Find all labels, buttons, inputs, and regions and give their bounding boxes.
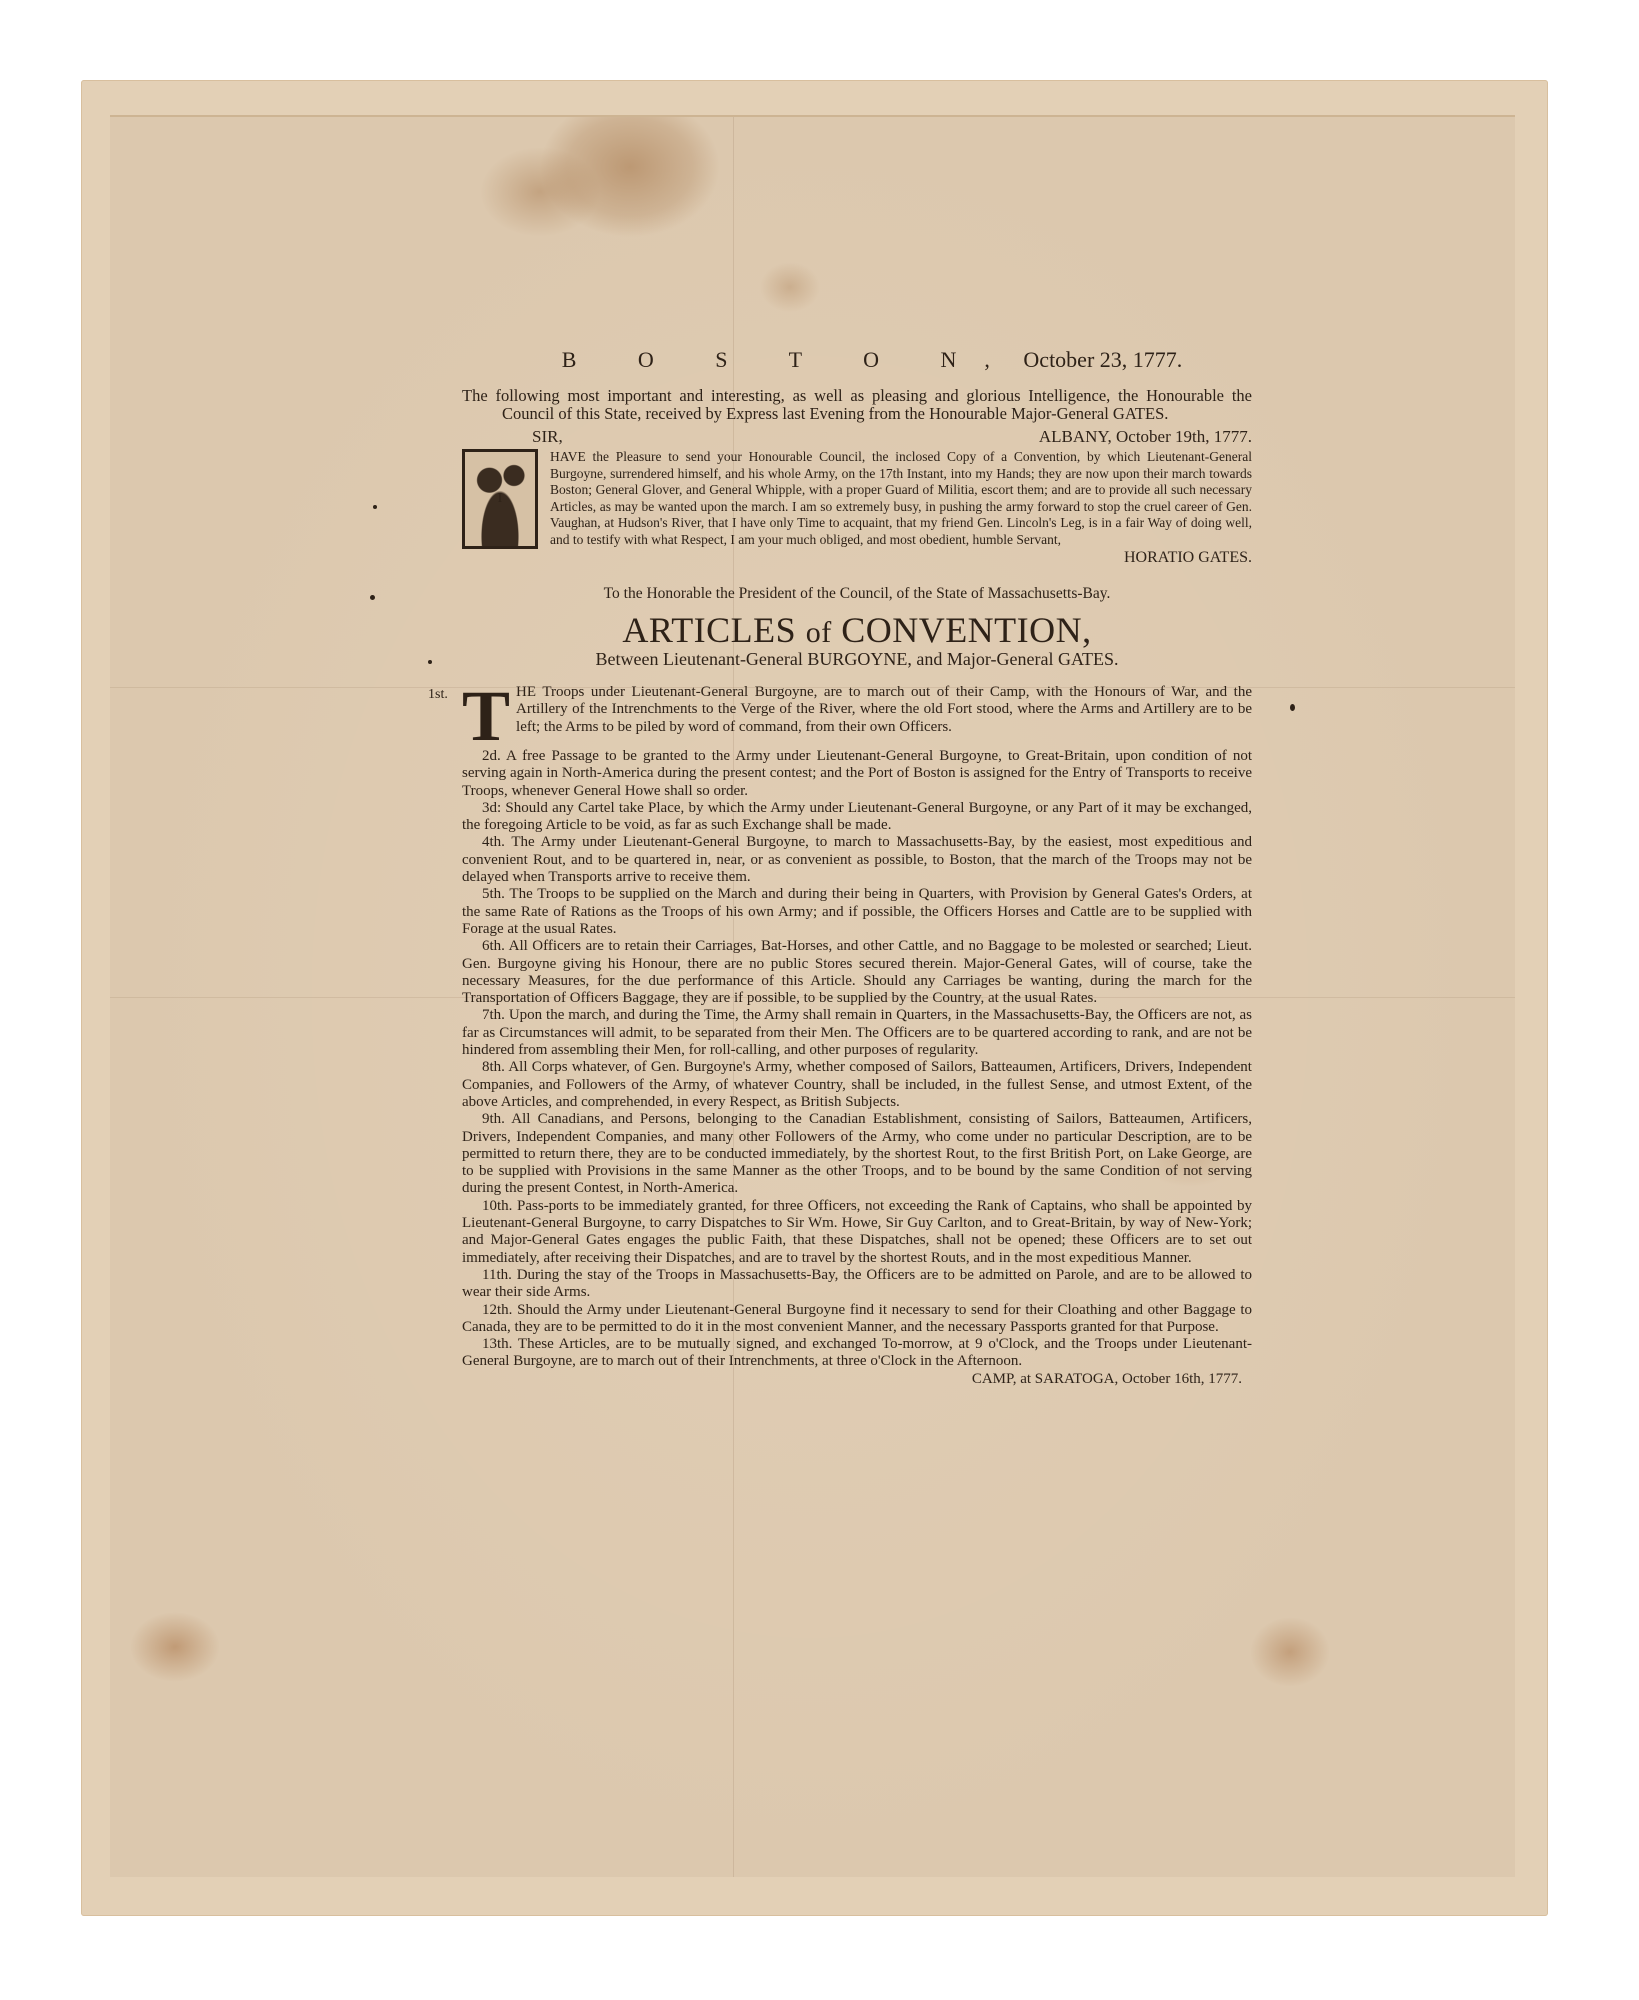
- article-text: Should the Army under Lieutenant-General…: [462, 1302, 1252, 1335]
- article-number: 4th.: [482, 834, 505, 850]
- article-11: 11th. During the stay of the Troops in M…: [462, 1267, 1252, 1302]
- letter-body: I HAVE the Pleasure to send your Honoura…: [462, 449, 1252, 549]
- letter-text: HAVE the Pleasure to send your Honourabl…: [550, 449, 1252, 549]
- article-8: 8th. All Corps whatever, of Gen. Burgoyn…: [462, 1059, 1252, 1111]
- article-4: 4th. The Army under Lieutenant-General B…: [462, 834, 1252, 886]
- ink-spot: [428, 660, 432, 664]
- article-number: 9th.: [482, 1111, 505, 1127]
- article-1: 1st. T HE Troops under Lieutenant-Genera…: [462, 684, 1252, 748]
- title-word-convention: CONVENTION,: [841, 610, 1091, 650]
- article-text: Pass-ports to be immediately granted, fo…: [462, 1198, 1252, 1266]
- article-text: All Canadians, and Persons, belonging to…: [462, 1111, 1252, 1196]
- article-text: Upon the march, and during the Time, the…: [462, 1007, 1252, 1058]
- article-number: 6th.: [482, 938, 505, 954]
- article-number: 5th.: [482, 886, 505, 902]
- ink-spot: [373, 505, 377, 509]
- address-line: To the Honorable the President of the Co…: [462, 585, 1252, 603]
- article-number: 1st.: [428, 684, 454, 748]
- article-6: 6th. All Officers are to retain their Ca…: [462, 938, 1252, 1007]
- letter-signature: HORATIO GATES.: [462, 549, 1252, 567]
- woodcut-initial-icon: I: [462, 449, 538, 549]
- article-text: The Troops to be supplied on the March a…: [462, 886, 1252, 937]
- document-subtitle: Between Lieutenant-General BURGOYNE, and…: [462, 649, 1252, 670]
- article-text: The Army under Lieutenant-General Burgoy…: [462, 834, 1252, 885]
- article-text: During the stay of the Troops in Massach…: [462, 1267, 1252, 1300]
- article-number: 3d:: [482, 800, 501, 816]
- article-number: 12th.: [482, 1302, 512, 1318]
- article-text: HE Troops under Lieutenant-General Burgo…: [516, 684, 1252, 748]
- article-number: 8th.: [482, 1059, 505, 1075]
- article-text: Should any Cartel take Place, by which t…: [462, 800, 1252, 833]
- ink-spot: [1290, 704, 1295, 711]
- article-5: 5th. The Troops to be supplied on the Ma…: [462, 886, 1252, 938]
- letter-place-date: ALBANY, October 19th, 1777.: [1039, 427, 1252, 447]
- article-number: 13th.: [482, 1336, 512, 1352]
- title-word-of: of: [806, 616, 832, 649]
- letter-salutation: SIR,: [532, 427, 563, 447]
- article-12: 12th. Should the Army under Lieutenant-G…: [462, 1302, 1252, 1337]
- dateline: B O S T O N, October 23, 1777.: [492, 347, 1252, 373]
- closing-place-date: CAMP, at SARATOGA, October 16th, 1777.: [972, 1371, 1242, 1388]
- article-number: 10th.: [482, 1198, 512, 1214]
- document-title: ARTICLES of CONVENTION,: [462, 609, 1252, 651]
- dateline-date: October 23, 1777.: [1023, 347, 1182, 372]
- letter-header: SIR, ALBANY, October 19th, 1777.: [462, 427, 1252, 447]
- drop-cap: T: [462, 684, 510, 748]
- article-7: 7th. Upon the march, and during the Time…: [462, 1007, 1252, 1059]
- article-9: 9th. All Canadians, and Persons, belongi…: [462, 1111, 1252, 1197]
- dateline-city: B O S T O N,: [562, 347, 1018, 372]
- ink-spot: [370, 595, 375, 600]
- article-2: 2d. A free Passage to be granted to the …: [462, 748, 1252, 800]
- article-text: All Officers are to retain their Carriag…: [462, 938, 1252, 1006]
- article-number: 2d.: [482, 748, 501, 764]
- article-number: 11th.: [482, 1267, 512, 1283]
- title-word-articles: ARTICLES: [622, 610, 796, 650]
- article-3: 3d: Should any Cartel take Place, by whi…: [462, 800, 1252, 835]
- article-text: All Corps whatever, of Gen. Burgoyne's A…: [462, 1059, 1252, 1110]
- article-text: These Articles, are to be mutually signe…: [462, 1336, 1252, 1369]
- woodcut-letter: I: [498, 491, 503, 507]
- article-number: 7th.: [482, 1007, 505, 1023]
- closing-line: CAMP, at SARATOGA, October 16th, 1777.: [462, 1371, 1252, 1388]
- intro-paragraph: The following most important and interes…: [462, 387, 1252, 423]
- articles-list: 1st. T HE Troops under Lieutenant-Genera…: [462, 684, 1252, 1388]
- broadside-text: B O S T O N, October 23, 1777. The follo…: [462, 347, 1252, 1388]
- article-10: 10th. Pass-ports to be immediately grant…: [462, 1198, 1252, 1267]
- article-13: 13th. These Articles, are to be mutually…: [462, 1336, 1252, 1371]
- article-text: A free Passage to be granted to the Army…: [462, 748, 1252, 799]
